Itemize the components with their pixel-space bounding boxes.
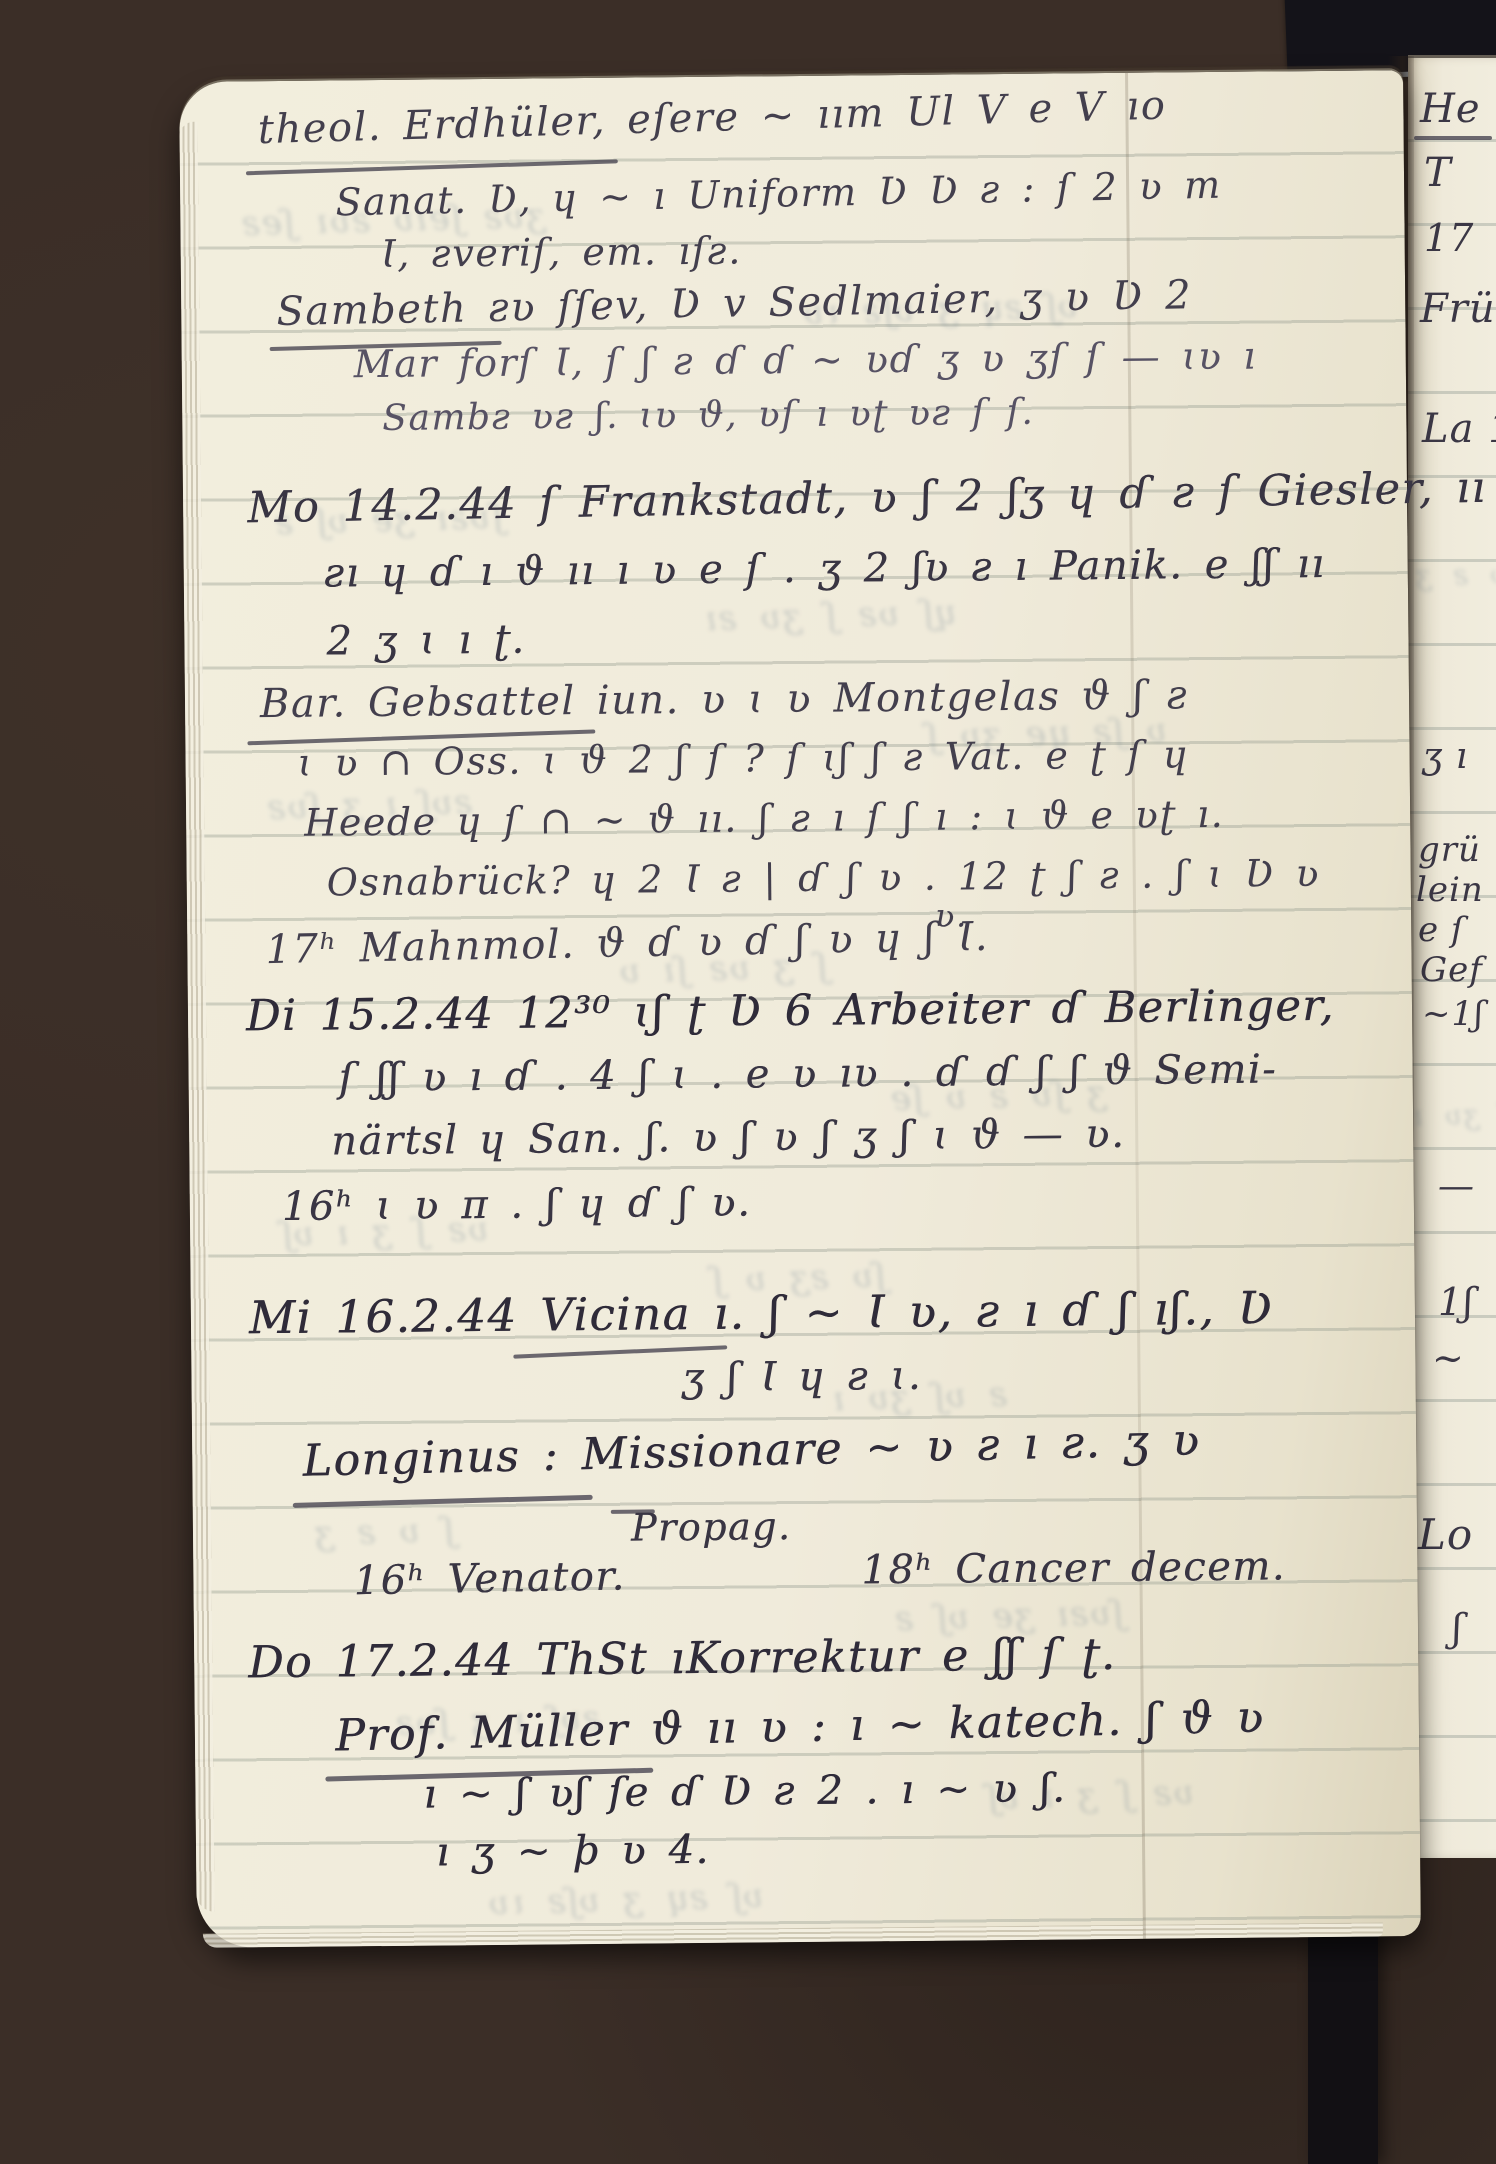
handwriting-fragment: Gef — [1420, 950, 1483, 990]
handwriting-fragment: e ſ — [1418, 910, 1465, 950]
handwriting-line: 16ʰ ɩ ʋ π . ʃ ɥ ɗ ʃ ʋ. — [282, 1179, 752, 1230]
handwriting-line: Ɩ, ƨveriſ, em. ıſƨ. — [381, 229, 743, 276]
handwriting-line: ı ʒ ~ þ ʋ 4. — [436, 1827, 710, 1876]
page-stack-edge-left — [179, 122, 214, 1912]
handwriting-line: theol. Erdhüler, eſere ~ ıım Ul V e V ıo — [257, 83, 1167, 154]
handwriting-line: 18ʰ Cancer decem. — [861, 1543, 1286, 1593]
handwriting-fragment: Frü — [1420, 286, 1496, 332]
underline-stroke — [293, 1495, 593, 1508]
handwriting-line: ı ~ ʃ ʋʃ ſe ɗ Ʋ ƨ 2 . ı ~ ʋ ʃ. — [423, 1765, 1066, 1817]
handwriting-line: Mar forſ Ɩ, ſ ʃ ƨ ɗ ɗ ~ ʋɗ ʒ ʋ ʒſ ſ — ɩʋ… — [354, 334, 1258, 387]
handwriting-line: 17ʰ Mahnmol. ϑ ɗ ʋ ɗ ʃ ʋ ɥ ʃ Ɩ. — [265, 914, 989, 973]
handwriting-line: Longinus : Missionare ~ ʋ ƨ ı ƨ. ʒ ʋ — [302, 1415, 1201, 1487]
date-entry-line: Mi 16.2.44 Vicina ı. ʃ ~ Ɩ ʋ, ƨ ı ɗ ʃ ıʃ… — [249, 1281, 1274, 1344]
handwriting-fragment: grü — [1418, 830, 1481, 870]
date-entry-line: Di 15.2.44 12³⁰ ɩʃ ʈ Ʋ 6 Arbeiter ɗ Berl… — [246, 981, 1335, 1041]
date-entry-line: Do 17.2.44 ThSt ıKorrektur e ʃʃ ſ ʈ. — [248, 1629, 1117, 1688]
handwriting-line: ſ ʃʃ ʋ ı ɗ . 4 ʃ ɩ . e ʋ ıʋ . ɗ ɗ ʃ ʃ ϑ … — [338, 1046, 1277, 1101]
handwriting-fragment: Lo — [1418, 1510, 1473, 1559]
handwriting-fragment: He — [1420, 86, 1481, 132]
handwriting-fragment: La 1 — [1422, 406, 1496, 452]
handwriting-line: ƨı ɥ ɗ ı ϑ ıı ı ʋ e ſ . ʒ 2 ʃʋ ƨ ı Panik… — [324, 541, 1326, 597]
date-entry-line: Mo 14.2.44 ſ Frankstadt, ʋ ʃ 2 ʃʒ ɥ ɗ ƨ … — [247, 462, 1496, 533]
underline-stroke — [1414, 136, 1492, 140]
handwriting-line: Propag. — [631, 1504, 792, 1550]
handwriting-line: Heede ɥ ſ ∩ ~ ϑ ıı. ʃ ƨ ı ſ ʃ ı : ɩ ϑ e … — [304, 792, 1224, 845]
handwriting-line: ɩ ʋ ∩ Oss. ɩ ϑ 2 ʃ ſ ? ſ ɩʃ ʃ ƨ Vat. e ʈ… — [297, 732, 1189, 785]
handwriting-line: närtsl ɥ San. ʃ. ʋ ʃ ʋ ʃ ʒ ʃ ɩ ϑ — ʋ. — [331, 1111, 1125, 1165]
ink-showthrough: ʃ ʋ ƨ ʒ — [1414, 557, 1496, 592]
ink-showthrough: ɥʃ ʋƨ ʃ ʒʋ ƨı — [704, 592, 957, 639]
handwriting-fragment: 1ʃ — [1438, 1280, 1475, 1324]
ink-showthrough: ƨ ʋʃ ʒʋ ı — [1412, 1097, 1496, 1133]
handwriting-fragment: ʃ — [1452, 1606, 1463, 1650]
handwriting-line: 16ʰ Venator. — [353, 1553, 626, 1604]
handwriting-fragment: ~1ʃ — [1422, 994, 1484, 1034]
underline-stroke — [246, 159, 618, 175]
handwriting-fragment: T — [1424, 150, 1452, 196]
handwriting-fragment: ~ — [1432, 1336, 1465, 1380]
handwriting-fragment: ʒ ı — [1422, 736, 1468, 777]
handwriting-line: Sambƨ ʋƨ ʃ. ɩʋ ϑ, ʋſ ı ʋʈ ʋƨ ſ ſ. — [382, 392, 1034, 439]
page-stack-edge-bottom — [203, 1922, 1383, 1947]
photo-background: He T 17 Frü La 1 ʒ ı grü lein e ſ Gef ~1… — [0, 0, 1496, 2164]
handwriting-fragment: — — [1438, 1166, 1475, 1207]
handwriting-fragment: lein — [1416, 870, 1484, 910]
handwriting-line: ʒ ʃ Ɩ ɥ ƨ ɩ. — [681, 1353, 922, 1401]
ink-showthrough: ʃ ʋ ƨ ʒ — [312, 1510, 453, 1554]
ink-showthrough: ʋʃ ƨɥ ʒ ʋʃƨ ɩʋ — [486, 1876, 764, 1923]
handwriting-line: Sanat. Ʋ, ɥ ~ ı Uniform Ʋ Ʋ ƨ : ſ 2 ʋ m — [335, 163, 1222, 225]
handwriting-line: Osnabrück? ɥ 2 Ɩ ƨ | ɗ ʃ ʋ . 12 ʈ ʃ ƨ . … — [327, 851, 1321, 905]
right-page-sliver: He T 17 Frü La 1 ʒ ı grü lein e ſ Gef ~1… — [1408, 58, 1496, 1858]
handwriting-fragment: 17 — [1424, 216, 1474, 260]
handwriting-line: 2 ʒ ɩ ı ʈ. — [326, 617, 526, 665]
handwriting-line: Bar. Gebsattel iun. ʋ ɩ ʋ Montgelas ϑ ʃ … — [260, 672, 1189, 727]
diary-left-page: ʒʋƨ ʃeıʋ ƨʋı ʃeƨ ʋʃ ƨɥ ʒ ʋʃƨ ɩʋ ʃʋƨı ʒe … — [179, 70, 1421, 1948]
